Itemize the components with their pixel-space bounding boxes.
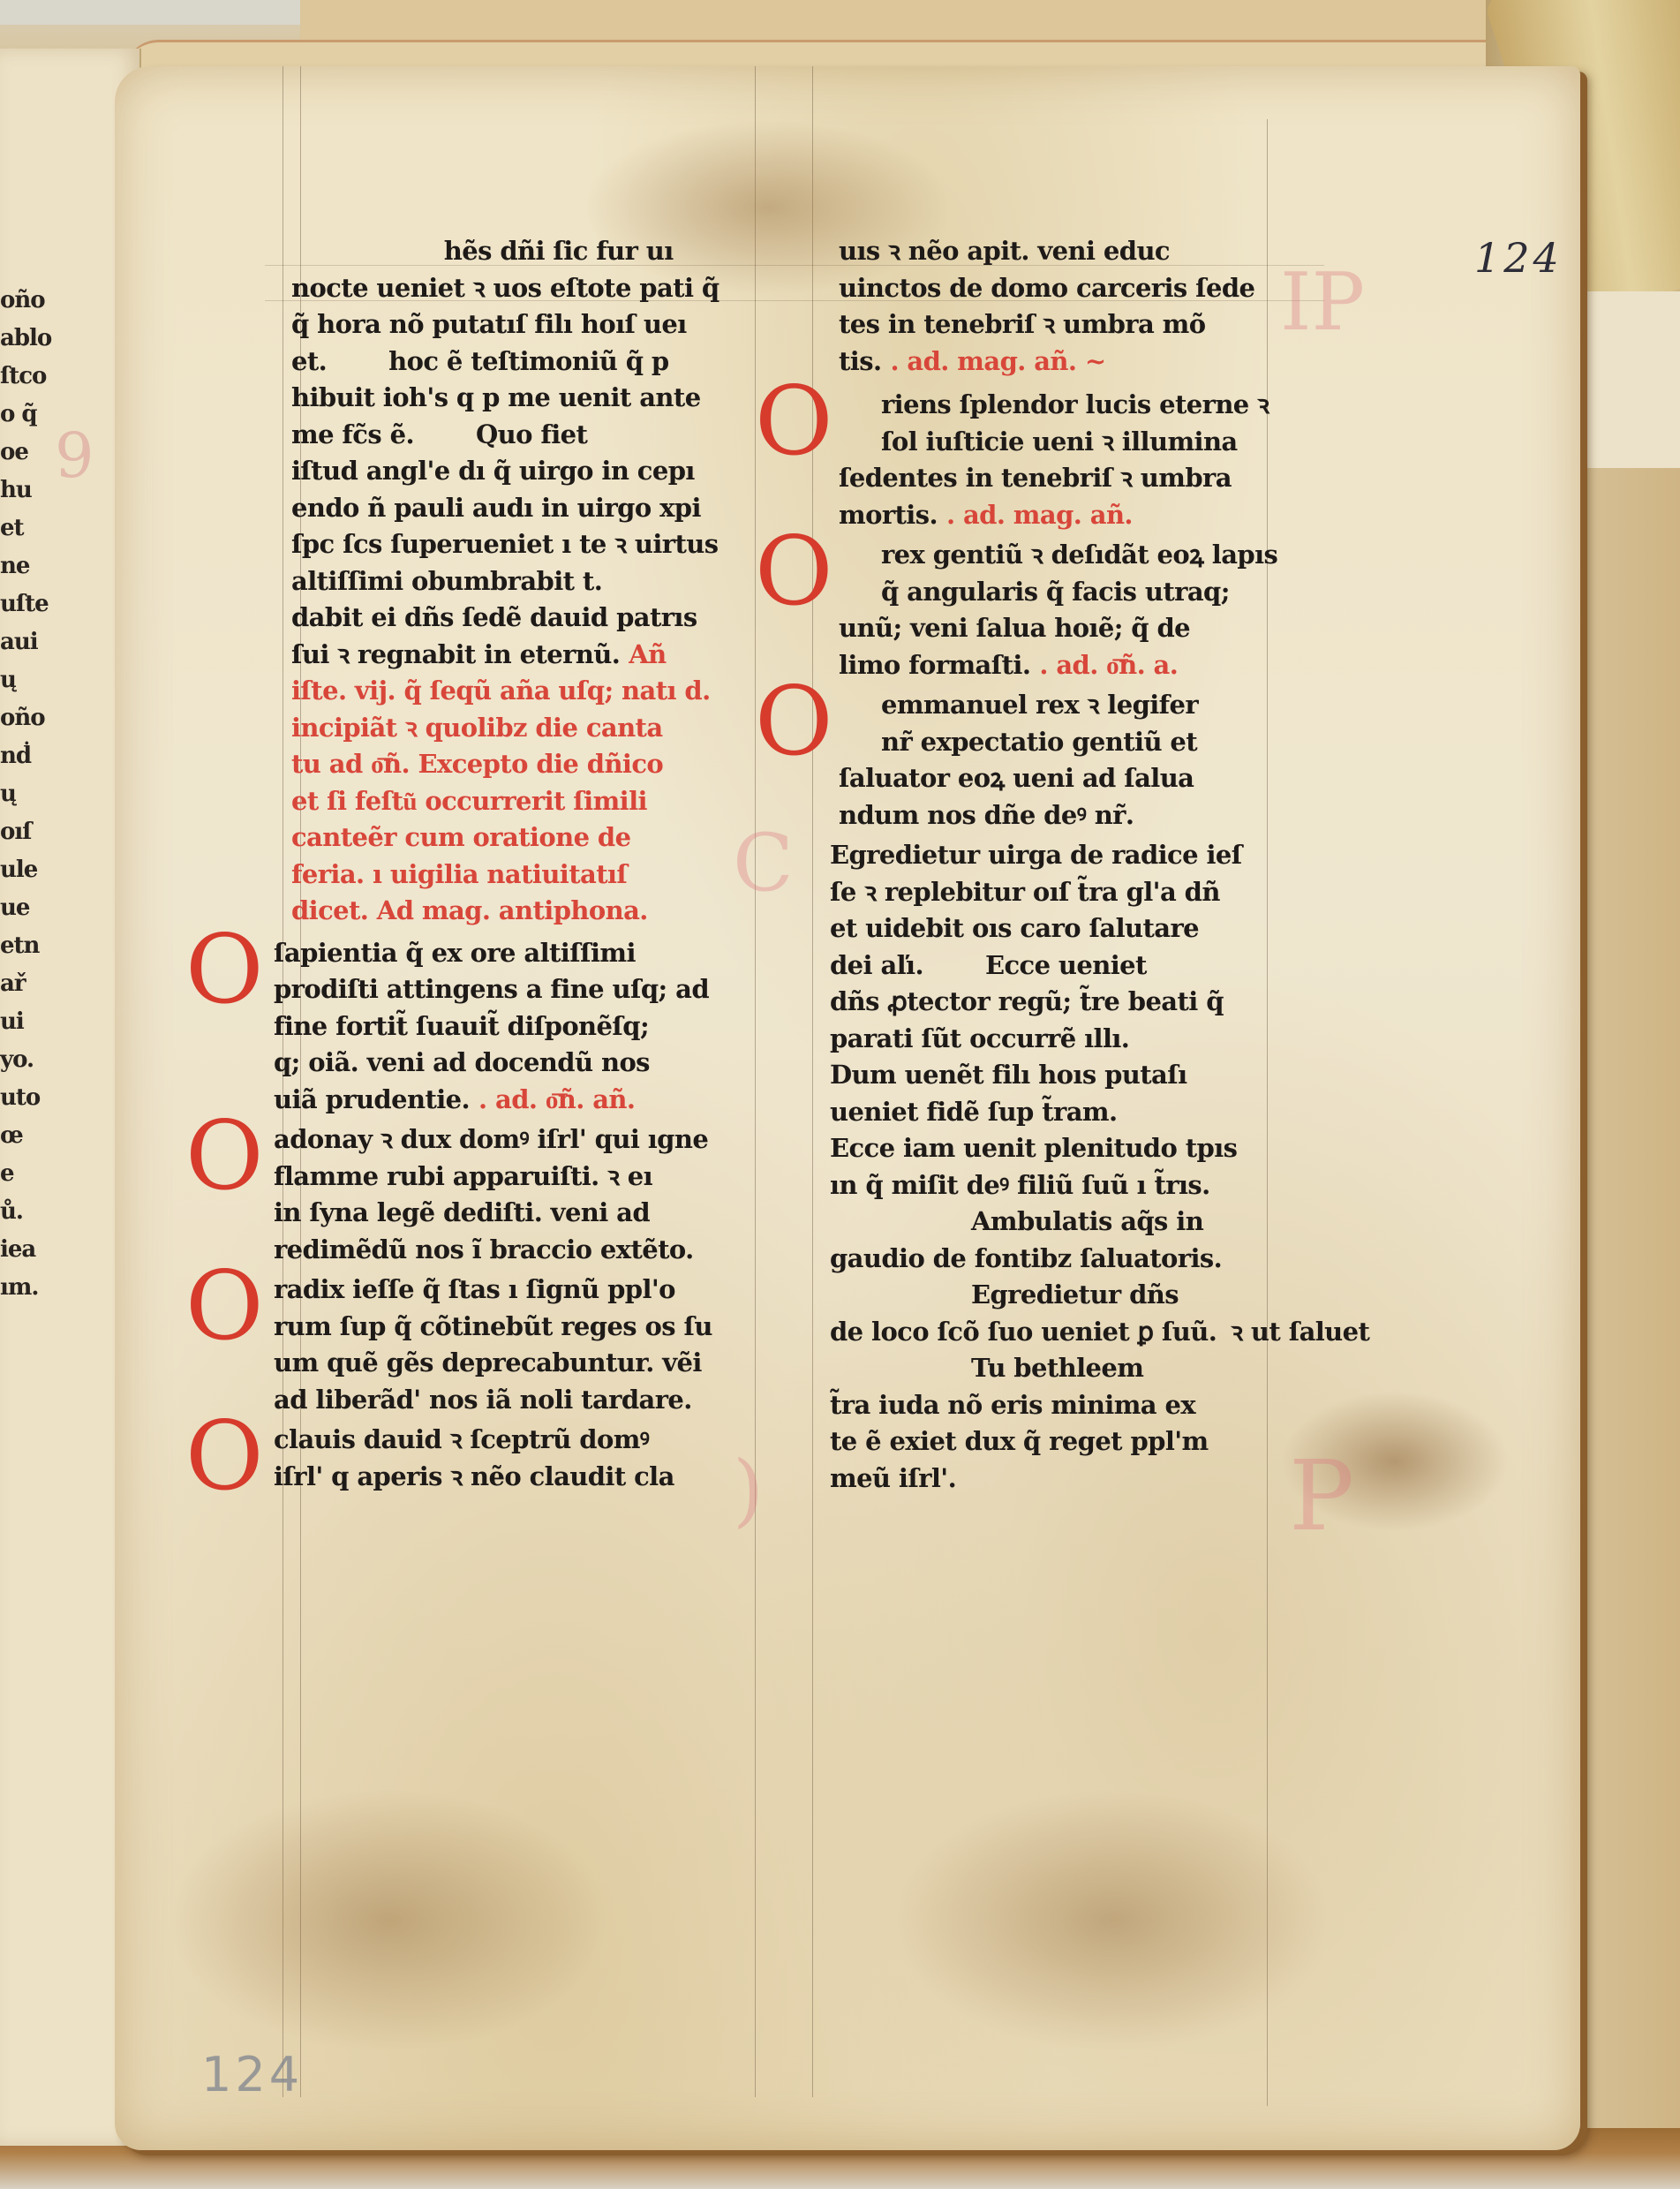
line-text: redimẽdũ nos ı̃ braccio extẽto. [274, 1234, 694, 1264]
text-line: redimẽdũ nos ı̃ braccio extẽto. [274, 1230, 694, 1269]
offset-ghost-letters: P [1289, 1439, 1354, 1552]
left-page-text-fragment: ue [0, 894, 29, 921]
line-text: t̃ra iuda nõ eris minima ex [830, 1390, 1195, 1420]
text-line: Egredietur dñs [971, 1275, 1179, 1314]
left-page-text-fragment: ule [0, 857, 37, 883]
line-text: uinctos de domo carceris ſede [839, 273, 1254, 303]
text-line: dei aľı.Ecce ueniet [830, 946, 1147, 985]
text-line: Ecce iam uenit plenitudo tpıs [830, 1128, 1237, 1167]
text-line: tu ad o͞ñ. Excepto die dñico [291, 744, 663, 783]
background-surface [0, 0, 300, 25]
line-text-continuation: hoc ẽ teſtimoniũ q̃ p [388, 346, 668, 376]
offset-ghost-letters: IP [1280, 256, 1365, 349]
line-text: Dum uenẽt filı hoıs putaſı [830, 1060, 1187, 1090]
text-line: ndum nos dñe deꝰ nr̃. [839, 796, 1134, 834]
line-text: riens ſplendor lucis eterne ꝛ [881, 389, 1269, 419]
line-text: canteẽr cum oratione de [291, 822, 630, 852]
rubric-cue: . ad. mag. añ. ~ [890, 346, 1105, 376]
line-text: Egredietur dñs [971, 1279, 1179, 1310]
decorated-initial-o: O [185, 1263, 264, 1351]
line-text: et ſi feſtu͂ occurrerit ſimili [291, 786, 647, 816]
line-text: um quẽ gẽs deprecabuntur. vẽi [274, 1347, 702, 1378]
line-text: incipiãt ꝛ quolibz die canta [291, 713, 663, 743]
decorated-initial-o: O [185, 1113, 264, 1201]
text-line: de loco ſcõ ſuo ueniet ꝑ ſuũ.ꝛ ut ſaluet [830, 1312, 1369, 1351]
text-line: Dum uenẽt filı hoıs putaſı [830, 1055, 1187, 1094]
line-text: ad liberãd' nos iã noli tardare. [274, 1385, 692, 1415]
text-line: unũ; veni ſalua hoıẽ; q̃ de [839, 608, 1190, 647]
left-page-text-fragment: aui [0, 629, 38, 655]
offset-ghost-letters: ) [733, 1444, 764, 1536]
line-text: tis. [839, 346, 881, 376]
text-line: emmanuel rex ꝛ legifer [881, 685, 1198, 724]
text-line: ın q̃ miſit deꝰ filiũ ſuũ ı t̃rıs. [830, 1166, 1210, 1204]
pencil-folio-number: 124 [201, 2047, 303, 2102]
line-text: ſui ꝛ regnabit in eternũ. [291, 639, 620, 669]
line-text: q̃ angularis q̃ facis utraq; [881, 577, 1230, 607]
text-line: feria. ı uigilia natiuitatıſ [291, 855, 627, 894]
text-line: dabit ei dñs ſedẽ dauid patrıs [291, 598, 697, 637]
line-text: ın q̃ miſit deꝰ filiũ ſuũ ı t̃rıs. [830, 1170, 1210, 1200]
water-stain [168, 1788, 609, 2053]
decorated-initial-o: O [755, 378, 833, 466]
text-line: hẽs dñi ſic fur uı [444, 231, 674, 270]
line-text: uiã prudentie. [274, 1084, 470, 1114]
left-page-text-fragment: ui [0, 1008, 24, 1035]
folio-number: 124 [1474, 234, 1563, 282]
line-text: dñs ꝓtector regũ; t̃re beati q̃ [830, 986, 1224, 1016]
text-line: parati ſũt occurrẽ ıllı. [830, 1019, 1129, 1058]
text-line: ueniet fidẽ ſup t̃ram. [830, 1092, 1117, 1131]
left-page-text-fragment: et [0, 515, 24, 541]
text-line: ſol iuſticie ueni ꝛ illumina [881, 422, 1238, 461]
line-text: ſaluator eoꝝ ueni ad ſalua [839, 763, 1194, 793]
line-text: feria. ı uigilia natiuitatıſ [291, 859, 627, 889]
text-line: Egredietur uirga de radice ieſ [830, 835, 1242, 874]
text-line: ad liberãd' nos iã noli tardare. [274, 1380, 692, 1419]
line-text: hibuit ioh's q p me uenit ante [291, 382, 701, 412]
left-page-text-fragment: ų [0, 781, 16, 807]
left-page-text-fragment: yo. [0, 1046, 34, 1073]
text-line: meũ iſrl'. [830, 1459, 956, 1498]
water-stain [892, 1788, 1333, 2053]
text-line: dicet. Ad mag. antiphona. [291, 891, 648, 930]
line-text: ſol iuſticie ueni ꝛ illumina [881, 426, 1238, 457]
line-text: ſedentes in tenebriſ ꝛ umbra [839, 463, 1232, 493]
line-text: ueniet fidẽ ſup t̃ram. [830, 1097, 1117, 1127]
line-text: me fc̃s ẽ. [291, 419, 414, 449]
left-page-text-fragment: oño [0, 287, 45, 313]
left-page-text-fragment: ů. [0, 1198, 23, 1225]
text-line: altiſſimi obumbrabit t. [291, 562, 602, 600]
line-text: tu ad o͞ñ. Excepto die dñico [291, 749, 663, 779]
line-text: hẽs dñi ſic fur uı [444, 236, 674, 266]
line-text: tes in tenebriſ ꝛ umbra mõ [839, 309, 1205, 339]
line-text: Egredietur uirga de radice ieſ [830, 840, 1242, 870]
line-text: gaudio de fontibz ſaluatoris. [830, 1243, 1222, 1273]
decorated-initial-o: O [185, 1413, 264, 1501]
line-text: flamme rubi apparuiſti. ꝛ eı [274, 1161, 652, 1191]
rubric-cue: . ad. o͞ñ. a. [1039, 650, 1178, 680]
text-line: in ſyna legẽ dediſti. veni ad [274, 1193, 650, 1232]
line-text: et uidebit oıs caro ſalutare [830, 913, 1199, 943]
left-page-text-fragment: o q̃ [0, 401, 37, 427]
text-line: te ẽ exiet dux q̃ reget ppl'm [830, 1422, 1209, 1461]
line-text: limo formaſti. [839, 650, 1030, 680]
text-line: Ambulatis aq̃s in [971, 1202, 1203, 1241]
line-text: mortis. [839, 500, 938, 530]
text-line: prodiſti attingens a fine uſq; ad [274, 970, 709, 1008]
text-line: incipiãt ꝛ quolibz die canta [291, 708, 663, 747]
rubric-cue: . ad. mag. añ. [946, 500, 1133, 530]
text-line: uiã prudentie.. ad. o͞ñ. añ. [274, 1080, 635, 1119]
line-text: et. [291, 346, 327, 376]
line-text: prodiſti attingens a fine uſq; ad [274, 974, 709, 1004]
rubric-cue: Añ [629, 639, 666, 669]
line-text-continuation: Quo fiet [476, 419, 587, 449]
left-page-text-fragment: œ [0, 1122, 23, 1149]
left-page-text-fragment: hu [0, 477, 32, 503]
text-line: me fc̃s ẽ.Quo fiet [291, 415, 587, 454]
text-line: flamme rubi apparuiſti. ꝛ eı [274, 1157, 652, 1196]
line-text: nocte ueniet ꝛ uos eſtote pati q̃ [291, 273, 719, 303]
text-line: endo ñ pauli audı in uirgo xpi [291, 488, 701, 527]
text-line: fine fortit̃ ſuauit̃ diſponẽſq; [274, 1007, 649, 1045]
text-line: tis.. ad. mag. añ. ~ [839, 342, 1106, 381]
text-line: t̃ra iuda nõ eris minima ex [830, 1385, 1195, 1424]
marginal-correction: ꝛ ut ſaluet [1231, 1317, 1369, 1347]
text-line: et uidebit oıs caro ſalutare [830, 909, 1199, 947]
left-page-text-fragment: etn [0, 932, 39, 959]
left-page-text-fragment: ſtco [0, 363, 46, 389]
line-text: de loco ſcõ ſuo ueniet ꝑ ſuũ. [830, 1317, 1217, 1347]
line-text: endo ñ pauli audı in uirgo xpi [291, 493, 701, 523]
line-text: Ambulatis aq̃s in [971, 1206, 1203, 1236]
offset-ghost-initial: 9 [55, 419, 94, 492]
text-line: uıs ꝛ nẽo apit. veni educ [839, 231, 1170, 270]
left-page-text-fragment: oe [0, 439, 28, 465]
line-text: Ecce iam uenit plenitudo tpıs [830, 1133, 1237, 1163]
text-line: uinctos de domo carceris ſede [839, 268, 1254, 307]
text-line: iſrl' q aperis ꝛ nẽo claudit cla [274, 1457, 674, 1496]
line-text: ndum nos dñe deꝰ nr̃. [839, 800, 1134, 830]
line-text: q; oiã. veni ad docendũ nos [274, 1047, 650, 1077]
line-text: parati ſũt occurrẽ ıllı. [830, 1023, 1129, 1053]
text-line: ſapientia q̃ ex ore altiſſimi [274, 933, 636, 972]
text-line: dñs ꝓtector regũ; t̃re beati q̃ [830, 982, 1224, 1021]
paper-slip [1580, 291, 1680, 468]
line-text: uıs ꝛ nẽo apit. veni educ [839, 236, 1170, 266]
left-page-text-fragment: iea [0, 1236, 35, 1263]
left-page-text-fragment: oño [0, 705, 45, 731]
text-line: nr̃ expectatio gentiũ et [881, 722, 1197, 761]
text-line: ſpc ſcs ſuperueniet ı te ꝛ uirtus [291, 525, 719, 563]
line-text: dicet. Ad mag. antiphona. [291, 895, 648, 925]
text-line: adonay ꝛ dux domꝰ iſrl' qui ıgne [274, 1120, 708, 1159]
line-text: iſte. vij. q̃ ſeqũ aña uſq; natı d. [291, 676, 711, 706]
left-page-text-fragment: ař [0, 970, 26, 997]
left-page-text-fragment: e [0, 1160, 14, 1187]
text-line: nocte ueniet ꝛ uos eſtote pati q̃ [291, 268, 719, 307]
text-line: radix ieſſe q̃ ſtas ı ſignũ ppl'o [274, 1270, 675, 1309]
line-text: unũ; veni ſalua hoıẽ; q̃ de [839, 613, 1190, 643]
rubric-cue: . ad. o͞ñ. añ. [478, 1084, 635, 1114]
text-line: q̃ hora nõ putatıſ filı hoıſ ueı [291, 305, 687, 343]
text-line: rum ſup q̃ cõtinebũt reges os ſu [274, 1307, 712, 1346]
line-text: in ſyna legẽ dediſti. veni ad [274, 1197, 650, 1227]
text-line: ſui ꝛ regnabit in eternũ.Añ [291, 635, 667, 674]
decorated-initial-o: O [755, 528, 833, 616]
left-page-text-fragment: oıſ [0, 819, 31, 845]
text-line: rex gentiũ ꝛ deſıdãt eoꝝ lapıs [881, 535, 1277, 574]
line-text: nr̃ expectatio gentiũ et [881, 727, 1197, 757]
line-text: q̃ hora nõ putatıſ filı hoıſ ueı [291, 309, 687, 339]
line-text: adonay ꝛ dux domꝰ iſrl' qui ıgne [274, 1124, 708, 1154]
line-text: emmanuel rex ꝛ legifer [881, 690, 1198, 720]
text-line: q; oiã. veni ad docendũ nos [274, 1043, 650, 1082]
line-text: dabit ei dñs ſedẽ dauid patrıs [291, 602, 697, 632]
text-line: limo formaſti.. ad. o͞ñ. a. [839, 645, 1178, 684]
line-text: radix ieſſe q̃ ſtas ı ſignũ ppl'o [274, 1274, 675, 1304]
offset-ghost-letters: C [733, 817, 794, 910]
line-text: te ẽ exiet dux q̃ reget ppl'm [830, 1426, 1209, 1456]
left-page-text-fragment: nḋ [0, 743, 31, 769]
text-line: ſedentes in tenebriſ ꝛ umbra [839, 458, 1232, 497]
text-line: clauis dauid ꝛ ſceptrũ domꝰ [274, 1420, 649, 1459]
text-line: iſte. vij. q̃ ſeqũ aña uſq; natı d. [291, 671, 711, 710]
line-text: ſe ꝛ replebitur oıſ t̃ra gl'a dñ [830, 877, 1220, 907]
text-line: ſaluator eoꝝ ueni ad ſalua [839, 759, 1194, 797]
line-text: fine fortit̃ ſuauit̃ diſponẽſq; [274, 1011, 649, 1041]
left-page-text-fragment: ne [0, 553, 29, 579]
left-page-text-fragment: uto [0, 1084, 40, 1111]
line-text: rum ſup q̃ cõtinebũt reges os ſu [274, 1311, 712, 1341]
line-text: rex gentiũ ꝛ deſıdãt eoꝝ lapıs [881, 540, 1277, 570]
line-text: ſpc ſcs ſuperueniet ı te ꝛ uirtus [291, 529, 719, 559]
line-text: altiſſimi obumbrabit t. [291, 566, 602, 596]
left-page-text-fragment: ım. [0, 1274, 38, 1301]
line-text: ſapientia q̃ ex ore altiſſimi [274, 938, 636, 968]
line-text: Tu bethleem [971, 1353, 1143, 1383]
text-line: um quẽ gẽs deprecabuntur. vẽi [274, 1343, 702, 1382]
decorated-initial-o: O [185, 926, 264, 1015]
line-text: iſtud angl'e dı q̃ uirgo in cepı [291, 456, 695, 486]
text-line: gaudio de fontibz ſaluatoris. [830, 1239, 1222, 1278]
text-line: ſe ꝛ replebitur oıſ t̃ra gl'a dñ [830, 872, 1220, 911]
line-text: meũ iſrl'. [830, 1463, 956, 1493]
left-page-text-fragment: ų [0, 667, 16, 693]
line-text: clauis dauid ꝛ ſceptrũ domꝰ [274, 1424, 649, 1454]
text-line: et.hoc ẽ teſtimoniũ q̃ p [291, 342, 669, 381]
text-line: q̃ angularis q̃ facis utraq; [881, 572, 1230, 611]
text-line: iſtud angl'e dı q̃ uirgo in cepı [291, 451, 695, 490]
text-line: hibuit ioh's q p me uenit ante [291, 378, 701, 417]
text-line: canteẽr cum oratione de [291, 818, 630, 857]
decorated-initial-o: O [755, 678, 833, 766]
line-text-continuation: Ecce ueniet [985, 950, 1147, 980]
line-text: dei aľı. [830, 950, 923, 980]
left-page-text-fragment: ablo [0, 325, 51, 351]
left-page-text-fragment: uſte [0, 591, 49, 617]
text-line: mortis.. ad. mag. añ. [839, 495, 1133, 534]
text-line: et ſi feſtu͂ occurrerit ſimili [291, 781, 647, 820]
line-text: iſrl' q aperis ꝛ nẽo claudit cla [274, 1461, 674, 1491]
text-line: riens ſplendor lucis eterne ꝛ [881, 385, 1269, 424]
text-line: tes in tenebriſ ꝛ umbra mõ [839, 305, 1205, 343]
text-line: Tu bethleem [971, 1348, 1143, 1387]
